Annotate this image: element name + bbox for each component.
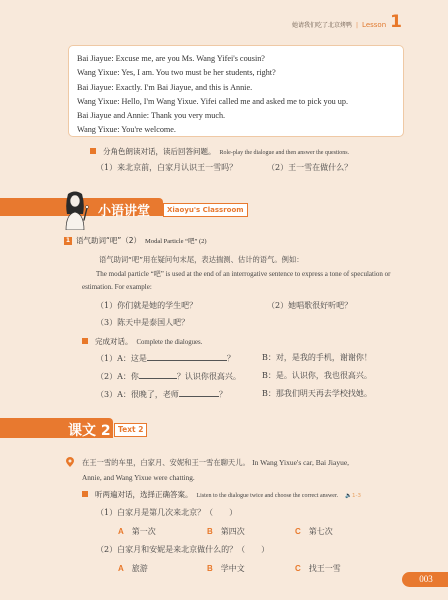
- answer-blank[interactable]: [147, 352, 227, 361]
- option-letter: B: [207, 527, 213, 536]
- dialogue-item-1-b: B：对，是我的手机，谢谢你！: [262, 352, 372, 363]
- square-bullet-icon: [90, 148, 96, 154]
- lesson-label: Lesson: [362, 21, 386, 29]
- grammar-heading: 1 语气助词“吧”（2） Modal Particle “吧” (2): [64, 235, 207, 246]
- grammar-heading-en: Modal Particle “吧” (2): [145, 236, 207, 245]
- scene-en-continued: Annie, and Wang Yixue were chatting.: [82, 473, 412, 482]
- running-header: 她请我们吃了北京烤鸭 | Lesson 1: [292, 14, 402, 31]
- dialogue-line: Wang Yixue: Yes, I am. You two must be h…: [77, 66, 395, 80]
- dialogue-line: Bai Jiayue: Exactly. I'm Bai Jiayue, and…: [77, 81, 395, 95]
- prompt-suffix: ？: [219, 390, 227, 399]
- option-text: 第四次: [221, 527, 245, 536]
- option-letter: A: [118, 527, 124, 536]
- instruction-en: Listen to the dialogue twice and choose …: [197, 493, 339, 499]
- option-text: 旅游: [132, 564, 148, 573]
- dialogue-item-1-a: （1）A：这是？: [96, 352, 235, 364]
- classroom-title-cn: 小语讲堂: [98, 200, 150, 219]
- listening-question-1: （1）白家月是第几次来北京？（ ）: [96, 507, 237, 518]
- option-letter: A: [118, 564, 124, 573]
- prompt-text: （3）A：很晚了，老师: [96, 390, 179, 399]
- prompt-text: （2）A：你: [96, 372, 139, 381]
- prompt-suffix: ？认识你很高兴。: [177, 372, 241, 381]
- dialogue-translation-box: Bai Jiayue: Excuse me, are you Ms. Wang …: [68, 45, 404, 137]
- listening-instruction: 听两遍对话，选择正确答案。 Listen to the dialogue twi…: [82, 489, 361, 500]
- instruction-en: Role-play the dialogue and then answer t…: [220, 150, 350, 156]
- instruction-cn: 完成对话。: [95, 336, 133, 347]
- dialogue-item-3-a: （3）A：很晚了，老师？: [96, 388, 227, 400]
- square-bullet-icon: [82, 491, 88, 497]
- dialogue-line: Bai Jiayue and Annie: Thank you very muc…: [77, 109, 395, 123]
- example-sentence: （3）陈天中是泰国人吧？: [96, 317, 189, 328]
- option-text: 学中文: [221, 564, 245, 573]
- option-c[interactable]: C第七次: [295, 526, 333, 537]
- option-a[interactable]: A旅游: [118, 563, 148, 574]
- option-letter: B: [207, 564, 213, 573]
- textbook-page: 她请我们吃了北京烤鸭 | Lesson 1 Bai Jiayue: Excuse…: [0, 0, 448, 600]
- scene-cn: 在王一雪的车里，白家月、安妮和王一雪在聊天儿。: [82, 458, 250, 467]
- dialogue-line: Wang Yixue: You're welcome.: [77, 123, 395, 137]
- option-b[interactable]: B学中文: [207, 563, 245, 574]
- classroom-title-en: Xiaoyu's Classroom: [163, 203, 248, 217]
- answer-blank[interactable]: [139, 370, 177, 379]
- square-bullet-icon: [82, 338, 88, 344]
- option-text: 第七次: [309, 527, 333, 536]
- grammar-heading-cn: 语气助词“吧”（2）: [76, 235, 141, 246]
- grammar-explanation-cn: 语气助词“吧”用在疑问句末尾，表达揣测、估计的语气。例如：: [99, 255, 429, 265]
- lesson-title: 她请我们吃了北京烤鸭: [292, 20, 352, 29]
- question: （2）王一雪在做什么？: [267, 162, 352, 173]
- option-letter: C: [295, 564, 301, 573]
- grammar-number-badge: 1: [64, 237, 72, 245]
- dialogue-item-2-b: B：是。认识你，我也很高兴。: [262, 370, 372, 381]
- question: （1）来北京前，白家月认识王一雪吗？: [96, 162, 237, 173]
- text2-title-cn: 课文 2: [68, 420, 111, 440]
- lesson-number: 1: [390, 14, 402, 31]
- example-sentence: （2）她唱歌很好听吧？: [267, 300, 352, 311]
- prompt-suffix: ？: [227, 354, 235, 363]
- option-text: 找王一雪: [309, 564, 341, 573]
- grammar-explanation-en: The modal particle “吧” is used at the en…: [82, 268, 414, 294]
- location-pin-icon: [66, 457, 74, 467]
- audio-track[interactable]: 🔈1-3: [345, 493, 361, 499]
- complete-dialogues-instruction: 完成对话。 Complete the dialogues.: [82, 336, 202, 347]
- dialogue-item-2-a: （2）A：你？认识你很高兴。: [96, 370, 241, 382]
- listening-question-2: （2）白家月和安妮是来北京做什么的？（ ）: [96, 544, 269, 555]
- prompt-text: （1）A：这是: [96, 354, 147, 363]
- option-a[interactable]: A第一次: [118, 526, 156, 537]
- roleplay-instruction: 分角色朗读对话，读后回答问题。 Role-play the dialogue a…: [90, 146, 349, 157]
- option-c[interactable]: C找王一雪: [295, 563, 341, 574]
- option-text: 第一次: [132, 527, 156, 536]
- instruction-cn: 分角色朗读对话，读后回答问题。: [103, 146, 216, 157]
- teacher-illustration-icon: [60, 190, 90, 230]
- option-b[interactable]: B第四次: [207, 526, 245, 537]
- scene-description: 在王一雪的车里，白家月、安妮和王一雪在聊天儿。 In Wang Yixue's …: [82, 458, 422, 468]
- answer-blank[interactable]: [179, 388, 219, 397]
- text2-title-en: Text 2: [114, 423, 147, 437]
- header-separator: |: [356, 22, 358, 29]
- audio-track-number: 1-3: [352, 493, 361, 499]
- option-letter: C: [295, 527, 301, 536]
- instruction-cn: 听两遍对话，选择正确答案。: [95, 489, 193, 500]
- dialogue-item-3-b: B：那我们明天再去学校找她。: [262, 388, 372, 399]
- dialogue-line: Bai Jiayue: Excuse me, are you Ms. Wang …: [77, 52, 395, 66]
- dialogue-line: Wang Yixue: Hello, I'm Wang Yixue. Yifei…: [77, 95, 395, 109]
- instruction-en: Complete the dialogues.: [137, 339, 203, 346]
- example-sentence: （1）你们就是她的学生吧？: [96, 300, 197, 311]
- scene-en: In Wang Yixue's car, Bai Jiayue,: [252, 458, 349, 467]
- page-number: 003: [402, 572, 448, 587]
